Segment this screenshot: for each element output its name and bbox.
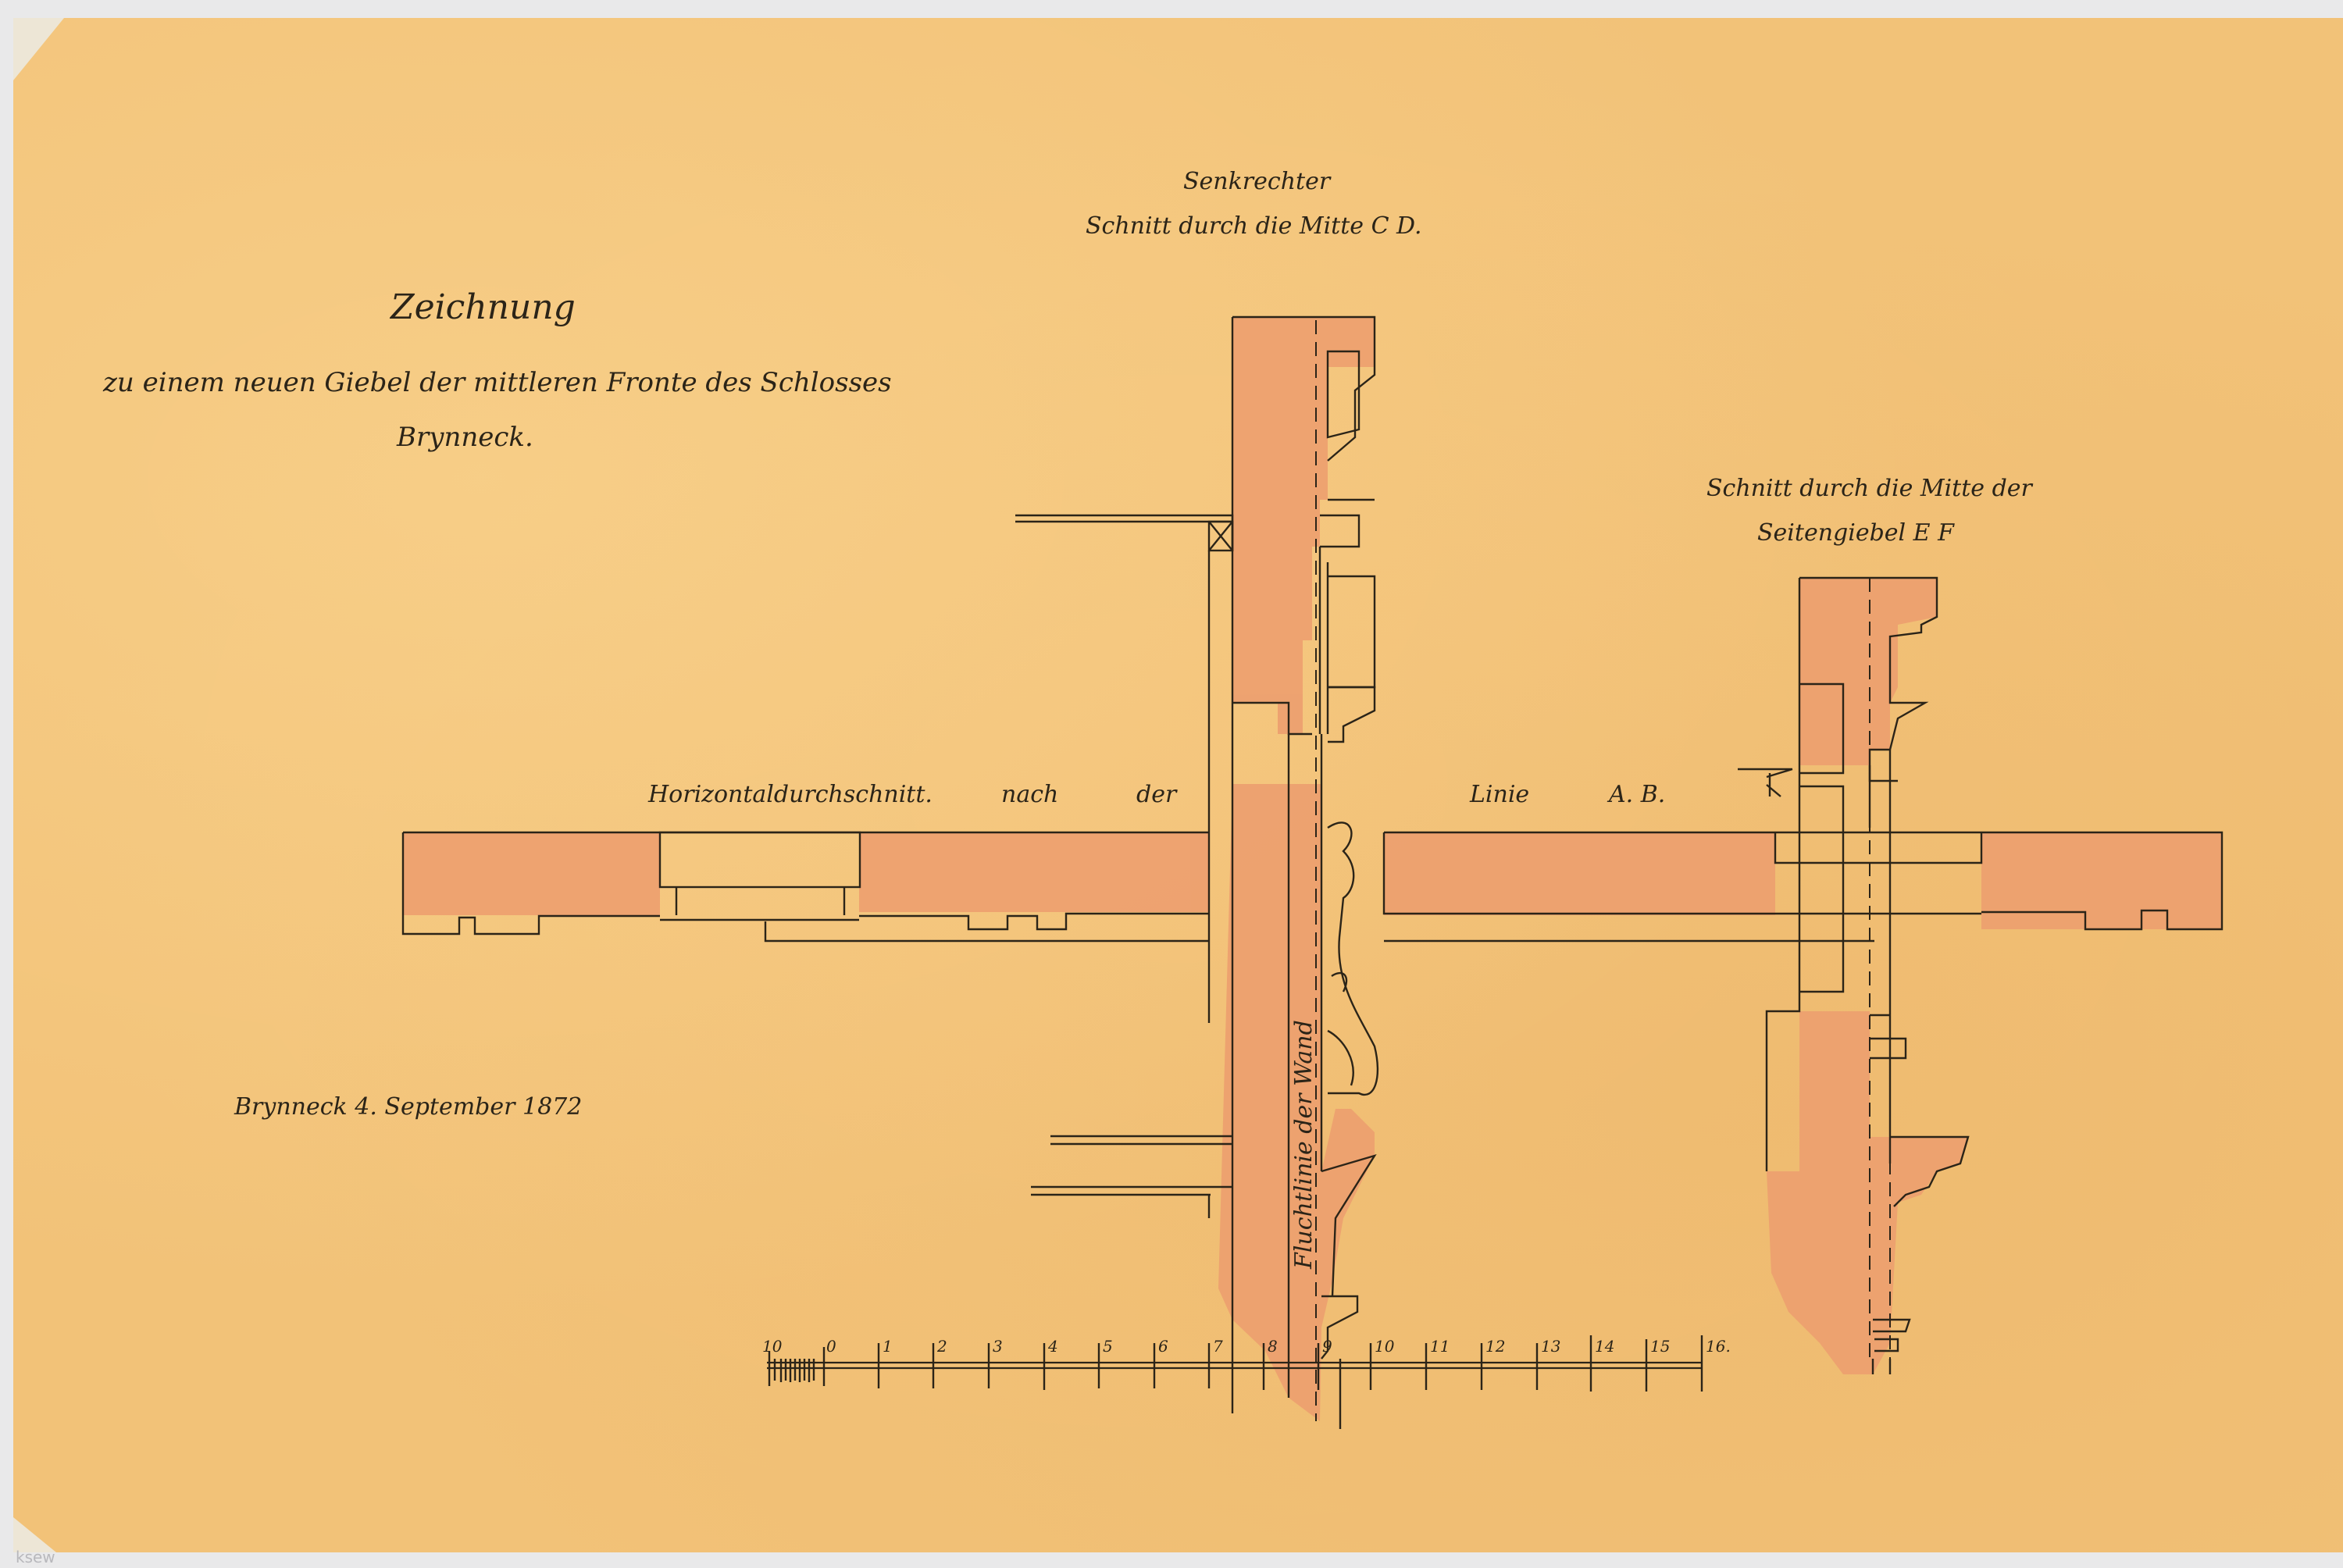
scale-subdiv-0: 0 [826,1337,836,1356]
scale-label-7: 7 [1213,1337,1223,1356]
scale-label-4: 4 [1048,1337,1058,1356]
scale-label-8: 8 [1268,1337,1278,1356]
horizontal-section-label-4: Linie [1470,781,1529,808]
scale-label-11: 11 [1430,1337,1450,1356]
horizontal-section-label-2: nach [1001,781,1058,808]
drawing-subtitle: zu einem neuen Giebel der mittleren Fron… [103,367,892,398]
scale-label-16: 16. [1706,1337,1731,1356]
scale-label-1: 1 [883,1337,893,1356]
horizontal-section-label-3: der [1136,781,1176,808]
section-ef-label-line2: Seitengiebel E F [1757,519,1954,547]
scale-label-14: 14 [1595,1337,1614,1356]
watermark: ksew [16,1548,55,1566]
horizontal-section-label-5: A. B. [1609,781,1665,808]
scale-label-13: 13 [1541,1337,1560,1356]
scale-label-3: 3 [993,1337,1003,1356]
section-cd-label-line1: Senkrechter [1183,168,1330,195]
scale-label-6: 6 [1158,1337,1168,1356]
wall-line-label: Fluchtlinie der Wand [1290,1020,1318,1269]
section-cd-label-line2: Schnitt durch die Mitte C D. [1086,212,1422,240]
scale-subdiv-10: 10 [762,1337,782,1356]
drawing-location: Brynneck. [397,422,533,453]
signature-date: Brynneck 4. September 1872 [234,1093,582,1121]
scale-label-10: 10 [1375,1337,1394,1356]
section-ef-label-line1: Schnitt durch die Mitte der [1706,475,2032,502]
scale-label-5: 5 [1103,1337,1113,1356]
scale-label-12: 12 [1485,1337,1505,1356]
drawing-title: Zeichnung [390,287,576,327]
scale-label-2: 2 [937,1337,947,1356]
horizontal-section-label-1: Horizontaldurchschnitt. [648,781,933,808]
scale-label-9: 9 [1322,1337,1332,1356]
scale-label-15: 15 [1650,1337,1670,1356]
